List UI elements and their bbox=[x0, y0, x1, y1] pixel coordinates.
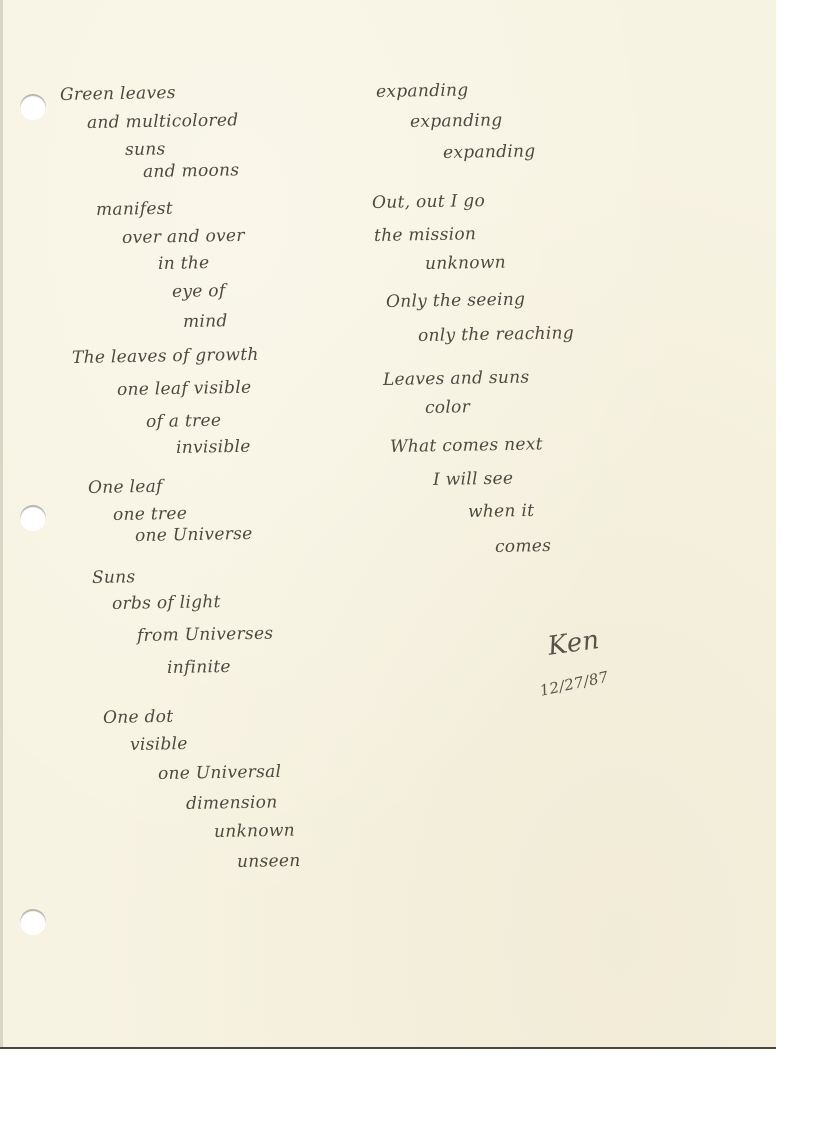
poem-line: unknown bbox=[214, 821, 295, 842]
poem-line: comes bbox=[495, 536, 552, 557]
punch-hole-top bbox=[20, 94, 46, 120]
poem-line: unknown bbox=[425, 253, 506, 274]
poem-line: One dot bbox=[103, 707, 174, 728]
poem-line: visible bbox=[130, 734, 188, 755]
poem-line: invisible bbox=[176, 437, 251, 458]
poem-line: and multicolored bbox=[87, 110, 239, 133]
poem-line: from Universes bbox=[137, 624, 274, 646]
poem-line: one leaf visible bbox=[117, 378, 252, 400]
poem-line: One leaf bbox=[88, 477, 163, 498]
poem-line: Green leaves bbox=[60, 83, 176, 105]
poem-line: over and over bbox=[122, 226, 245, 248]
poem-line: expanding bbox=[443, 141, 536, 163]
poem-line: Out, out I go bbox=[372, 191, 485, 213]
poem-line: expanding bbox=[376, 80, 469, 102]
punch-hole-middle bbox=[20, 505, 46, 531]
poem-line: in the bbox=[158, 253, 210, 274]
poem-line: only the reaching bbox=[418, 323, 574, 346]
poem-line: Leaves and suns bbox=[383, 367, 530, 390]
poem-line: the mission bbox=[374, 224, 477, 246]
poem-line: of a tree bbox=[146, 411, 222, 432]
poem-line: unseen bbox=[237, 851, 301, 872]
poem-line: What comes next bbox=[390, 434, 543, 457]
poem-line: expanding bbox=[410, 110, 503, 132]
poem-line: mind bbox=[183, 311, 228, 332]
poem-line: eye of bbox=[172, 281, 226, 302]
poem-line: manifest bbox=[96, 199, 173, 220]
poem-line: color bbox=[425, 397, 470, 418]
poem-line: suns bbox=[125, 139, 166, 160]
poem-line: The leaves of growth bbox=[72, 345, 259, 368]
poem-line: one Universal bbox=[158, 762, 282, 784]
poem-line: infinite bbox=[167, 657, 231, 678]
poem-line: and moons bbox=[143, 160, 240, 182]
poem-line: orbs of light bbox=[112, 592, 221, 614]
poem-line: one tree bbox=[113, 504, 187, 525]
poem-line: I will see bbox=[433, 469, 514, 490]
punch-hole-bottom bbox=[20, 909, 46, 935]
poem-line: when it bbox=[468, 501, 535, 522]
paper-page: Green leaves and multicolored suns and m… bbox=[0, 0, 776, 1049]
poem-line: one Universe bbox=[135, 524, 253, 546]
poem-line: Only the seeing bbox=[386, 290, 526, 312]
date-stamp: 12/27/87 bbox=[538, 668, 610, 700]
poem-line: Suns bbox=[92, 567, 136, 588]
poem-line: dimension bbox=[186, 792, 278, 814]
signature: Ken bbox=[546, 625, 601, 662]
